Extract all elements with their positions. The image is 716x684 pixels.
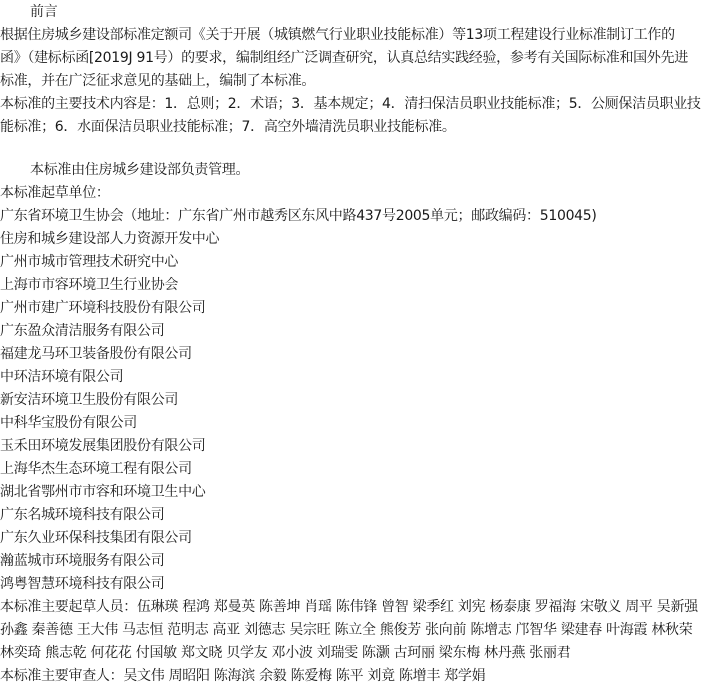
intro-line: 根据住房城乡建设部标准定额司《关于开展（城镇燃气行业职业技能标准）等13项工程建… [0,24,716,47]
drafters-line: 本标准主要起草人员：伍琳瑛 程鸿 郑曼英 陈善坤 肖瑶 陈伟锋 曾智 梁季红 刘… [0,596,716,619]
drafting-unit: 玉禾田环境发展集团股份有限公司 [0,435,716,458]
intro-paragraph: 根据住房城乡建设部标准定额司《关于开展（城镇燃气行业职业技能标准）等13项工程建… [0,24,716,93]
drafting-unit: 中环洁环境有限公司 [0,366,716,389]
reviewers-label: 本标准主要审查人： [0,668,123,684]
drafters-line: 孙鑫 秦善德 王大伟 马志恒 范明志 高亚 刘德志 吴宗旺 陈立全 熊俊芳 张向… [0,619,716,642]
drafting-unit: 广东省环境卫生协会（地址：广东省广州市越秀区东风中路437号2005单元；邮政编… [0,205,716,228]
blank-line [0,139,716,159]
management-statement: 本标准由住房城乡建设部负责管理。 [0,159,716,182]
drafting-unit: 广州市建广环境科技股份有限公司 [0,297,716,320]
reviewers-names: 吴文伟 周昭阳 陈海滨 余毅 陈爱梅 陈平 刘竟 陈增丰 郑学娟 [123,668,485,684]
drafting-unit: 中科华宝股份有限公司 [0,412,716,435]
content-line: 能标准；6．水面保洁员职业技能标准；7．高空外墙清洗员职业技能标准。 [0,116,716,139]
drafters-names: 伍琳瑛 程鸿 郑曼英 陈善坤 肖瑶 陈伟锋 曾智 梁季红 刘宪 杨泰康 罗福海 … [137,599,698,615]
drafting-unit: 上海市市容环境卫生行业协会 [0,274,716,297]
drafting-unit: 住房和城乡建设部人力资源开发中心 [0,228,716,251]
drafters-line: 林奕琦 熊志乾 何花花 付国敏 郑文晓 贝学友 邓小波 刘瑞雯 陈灏 古珂丽 梁… [0,642,716,665]
drafting-unit: 湖北省鄂州市市容和环境卫生中心 [0,481,716,504]
preface-heading: 前言 [0,1,716,24]
intro-line: 函》（建标标函[2019J 91号）的要求，编制组经广泛调查研究，认真总结实践经… [0,47,716,70]
drafting-unit: 瀚蓝城市环境服务有限公司 [0,550,716,573]
drafting-unit: 鸿粤智慧环境科技有限公司 [0,573,716,596]
intro-line: 标准，并在广泛征求意见的基础上，编制了本标准。 [0,70,716,93]
drafting-units-list: 广东省环境卫生协会（地址：广东省广州市越秀区东风中路437号2005单元；邮政编… [0,205,716,596]
drafting-unit: 上海华杰生态环境工程有限公司 [0,458,716,481]
drafting-unit: 广东名城环境科技有限公司 [0,504,716,527]
document-page: 前言 根据住房城乡建设部标准定额司《关于开展（城镇燃气行业职业技能标准）等13项… [0,1,716,684]
drafters-label: 本标准主要起草人员： [0,599,137,615]
drafting-unit: 广州市城市管理技术研究中心 [0,251,716,274]
drafting-units-label: 本标准起草单位： [0,182,716,205]
drafters-section: 本标准主要起草人员：伍琳瑛 程鸿 郑曼英 陈善坤 肖瑶 陈伟锋 曾智 梁季红 刘… [0,596,716,665]
content-paragraph: 本标准的主要技术内容是：1．总则；2．术语；3．基本规定；4．清扫保洁员职业技能… [0,93,716,139]
reviewers-line: 本标准主要审查人：吴文伟 周昭阳 陈海滨 余毅 陈爱梅 陈平 刘竟 陈增丰 郑学… [0,665,716,684]
drafting-unit: 福建龙马环卫装备股份有限公司 [0,343,716,366]
drafting-unit: 广东盈众清洁服务有限公司 [0,320,716,343]
drafting-unit: 新安洁环境卫生股份有限公司 [0,389,716,412]
drafting-unit: 广东久业环保科技集团有限公司 [0,527,716,550]
content-line: 本标准的主要技术内容是：1．总则；2．术语；3．基本规定；4．清扫保洁员职业技能… [0,93,716,116]
